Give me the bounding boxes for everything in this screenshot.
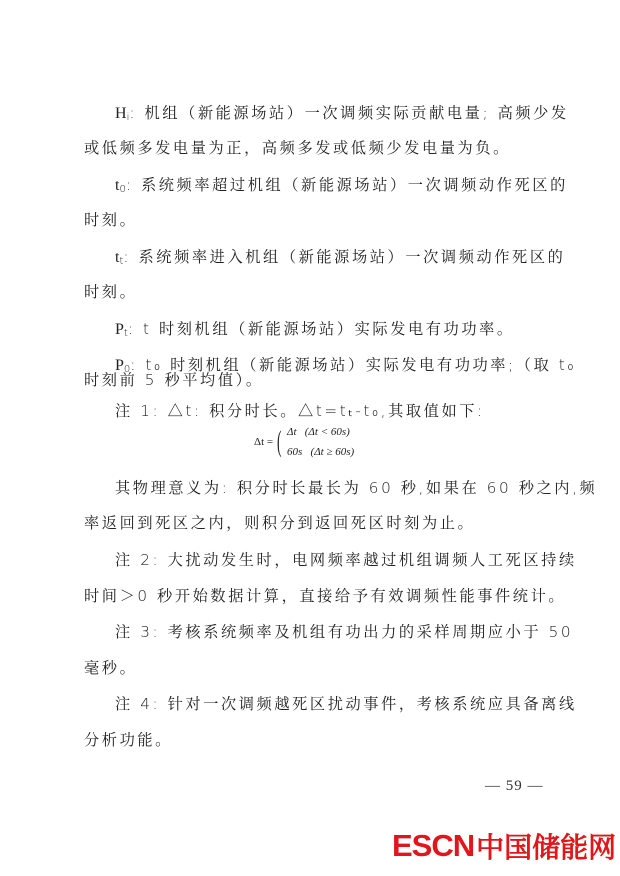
t0-definition-line-2: 时刻。: [84, 210, 544, 230]
document-page: Hi: 机组（新能源场站）一次调频实际贡献电量; 高频少发 或低频多发电量为正，…: [0, 0, 620, 876]
delta-t-formula: Δt = ( Δt (Δt < 60s) 60s (Δt ≥ 60s): [254, 423, 394, 463]
hi-definition-line-1: Hi: 机组（新能源场站）一次调频实际贡献电量; 高频少发: [115, 103, 575, 128]
brand-english: ESCN: [392, 828, 474, 864]
note-4-line-1: 注 4: 针对一次调频越死区扰动事件，考核系统应具备离线: [115, 694, 575, 714]
formula-lhs: Δt =: [254, 436, 273, 448]
definition-text: : t 时刻机组（新能源场站）实际发电有功功率。: [128, 320, 515, 338]
symbol: H: [115, 105, 127, 122]
tt-definition-line-2: 时刻。: [84, 282, 544, 302]
formula-case-2: 60s (Δt ≥ 60s): [287, 446, 354, 458]
page-number: — 59 —: [485, 778, 544, 795]
definition-text: : 系统频率进入机组（新能源场站）一次调频动作死区的: [123, 248, 565, 266]
meaning-line-1: 其物理意义为: 积分时长最长为 60 秒,如果在 60 秒之内,频: [115, 478, 575, 498]
definition-text: : 系统频率超过机组（新能源场站）一次调频动作死区的: [126, 176, 568, 194]
note-4-line-2: 分析功能。: [84, 730, 544, 750]
symbol: P: [115, 321, 124, 338]
note-3-line-2: 毫秒。: [84, 658, 544, 678]
formula-brace: (: [277, 425, 282, 459]
formula-case-1: Δt (Δt < 60s): [287, 426, 350, 438]
hi-definition-line-2: 或低频多发电量为正，高频多发或低频少发电量为负。: [84, 138, 544, 158]
brand-chinese: 中国储能网: [476, 826, 616, 866]
case-1-condition: (Δt < 60s): [305, 426, 350, 438]
case-2-condition: (Δt ≥ 60s): [311, 446, 355, 458]
definition-text: : 机组（新能源场站）一次调频实际贡献电量; 高频少发: [129, 104, 568, 122]
case-2-value: 60s: [287, 446, 302, 458]
t0-definition-line-1: t0: 系统频率超过机组（新能源场站）一次调频动作死区的: [115, 175, 575, 200]
case-1-value: Δt: [287, 426, 297, 438]
pt-definition-line-1: Pt: t 时刻机组（新能源场站）实际发电有功功率。: [115, 319, 575, 344]
note-2-line-2: 时间＞0 秒开始数据计算，直接给予有效调频性能事件统计。: [84, 586, 544, 606]
escn-watermark-logo: ESCN 中国储能网: [392, 828, 616, 864]
note-1-line: 注 1: △t: 积分时长。△t=tₜ-t₀,其取值如下:: [115, 401, 575, 421]
note-3-line-1: 注 3: 考核系统频率及机组有功出力的采样周期应小于 50: [115, 622, 575, 642]
p0-definition-line-2: 时刻前 5 秒平均值）。: [84, 370, 544, 390]
note-2-line-1: 注 2: 大扰动发生时，电网频率越过机组调频人工死区持续: [115, 550, 575, 570]
tt-definition-line-1: tt: 系统频率进入机组（新能源场站）一次调频动作死区的: [115, 247, 575, 272]
meaning-line-2: 率返回到死区之内，则积分到返回死区时刻为止。: [84, 513, 544, 533]
